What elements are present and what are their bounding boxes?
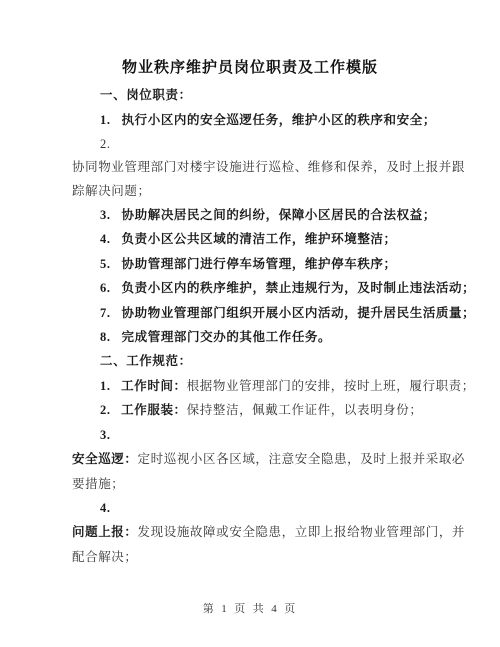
item-text: 协助管理部门进行停车场管理，维护停车秩序； bbox=[122, 256, 397, 271]
total-page-count: 4 bbox=[271, 603, 279, 615]
item-text: 完成管理部门交办的其他工作任务。 bbox=[122, 329, 332, 344]
document-page: 物业秩序维护员岗位职责及工作模版 一、岗位职责： 1. 执行小区内的安全巡逻任务… bbox=[0, 0, 500, 647]
item-text: 负责小区内的秩序维护，禁止违规行为，及时制止违法活动； bbox=[122, 280, 476, 295]
item-label: 工作服装： bbox=[121, 402, 187, 417]
item-label: 工作时间： bbox=[121, 378, 187, 393]
norm-item-4-line1: 问题上报：发现设施故障或安全隐患，立即上报给物业管理部门，并 bbox=[72, 524, 465, 540]
item-text: 保持整洁，佩戴工作证件，以表明身份； bbox=[187, 402, 423, 417]
item-text: 协助物业管理部门组织开展小区内活动，提升居民生活质量； bbox=[122, 305, 476, 320]
norm-item-2: 2. 工作服装：保持整洁，佩戴工作证件，以表明身份； bbox=[100, 402, 422, 418]
duty-item-4: 4. 负责小区公共区域的清洁工作，维护环境整洁； bbox=[100, 231, 397, 247]
duty-item-6: 6. 负责小区内的秩序维护，禁止违规行为，及时制止违法活动； bbox=[100, 280, 475, 296]
norm-item-1: 1. 工作时间：根据物业管理部门的安排，按时上班，履行职责； bbox=[100, 378, 475, 394]
page-footer: 第 1 页 共 4 页 bbox=[0, 600, 500, 616]
item-number: 4. bbox=[100, 232, 111, 246]
item-number: 6. bbox=[100, 281, 111, 295]
item-number: 1. bbox=[100, 379, 111, 393]
current-page-number: 1 bbox=[221, 603, 229, 615]
item-label: 问题上报： bbox=[72, 524, 138, 539]
item-number: 5. bbox=[100, 257, 111, 271]
item-text: 协助解决居民之间的纠纷，保障小区居民的合法权益； bbox=[122, 207, 436, 222]
item-number: 7. bbox=[100, 306, 111, 320]
duty-item-8: 8. 完成管理部门交办的其他工作任务。 bbox=[100, 329, 331, 345]
duty-item-5: 5. 协助管理部门进行停车场管理，维护停车秩序； bbox=[100, 256, 397, 272]
norm-item-3-number: 3. bbox=[100, 427, 111, 443]
duty-item-2-text-line1: 协同物业管理部门对楼宇设施进行巡检、维修和保养，及时上报并跟 bbox=[72, 159, 465, 175]
duty-item-7: 7. 协助物业管理部门组织开展小区内活动，提升居民生活质量； bbox=[100, 305, 475, 321]
item-text: 定时巡视小区各区域，注意安全隐患，及时上报并采取必 bbox=[138, 451, 466, 466]
item-text: 负责小区公共区域的清洁工作，维护环境整洁； bbox=[122, 231, 397, 246]
norm-item-3-line2: 要措施； bbox=[72, 476, 124, 492]
item-text: 执行小区内的安全巡逻任务，维护小区的秩序和安全； bbox=[122, 112, 436, 127]
duty-item-2-number: 2. bbox=[100, 136, 111, 152]
duty-item-1: 1. 执行小区内的安全巡逻任务，维护小区的秩序和安全； bbox=[100, 112, 436, 128]
section-heading-duties: 一、岗位职责： bbox=[100, 87, 192, 103]
norm-item-4-number: 4. bbox=[100, 500, 111, 516]
duty-item-3: 3. 协助解决居民之间的纠纷，保障小区居民的合法权益； bbox=[100, 207, 436, 223]
footer-prefix: 第 bbox=[203, 602, 216, 615]
duty-item-2-text-line2: 踪解决问题； bbox=[72, 183, 151, 199]
footer-middle: 页 共 bbox=[234, 602, 266, 615]
footer-suffix: 页 bbox=[284, 602, 297, 615]
item-text: 发现设施故障或安全隐患，立即上报给物业管理部门，并 bbox=[138, 524, 466, 539]
item-number: 8. bbox=[100, 330, 111, 344]
item-number: 1. bbox=[100, 113, 111, 127]
item-number: 2. bbox=[100, 403, 111, 417]
item-number: 3. bbox=[100, 208, 111, 222]
norm-item-3-line1: 安全巡逻：定时巡视小区各区域，注意安全隐患，及时上报并采取必 bbox=[72, 451, 465, 467]
document-title: 物业秩序维护员岗位职责及工作模版 bbox=[0, 56, 500, 77]
item-text: 根据物业管理部门的安排，按时上班，履行职责； bbox=[187, 378, 475, 393]
item-label: 安全巡逻： bbox=[72, 451, 138, 466]
norm-item-4-line2: 配合解决； bbox=[72, 549, 138, 565]
section-heading-norms: 二、工作规范： bbox=[100, 353, 192, 369]
